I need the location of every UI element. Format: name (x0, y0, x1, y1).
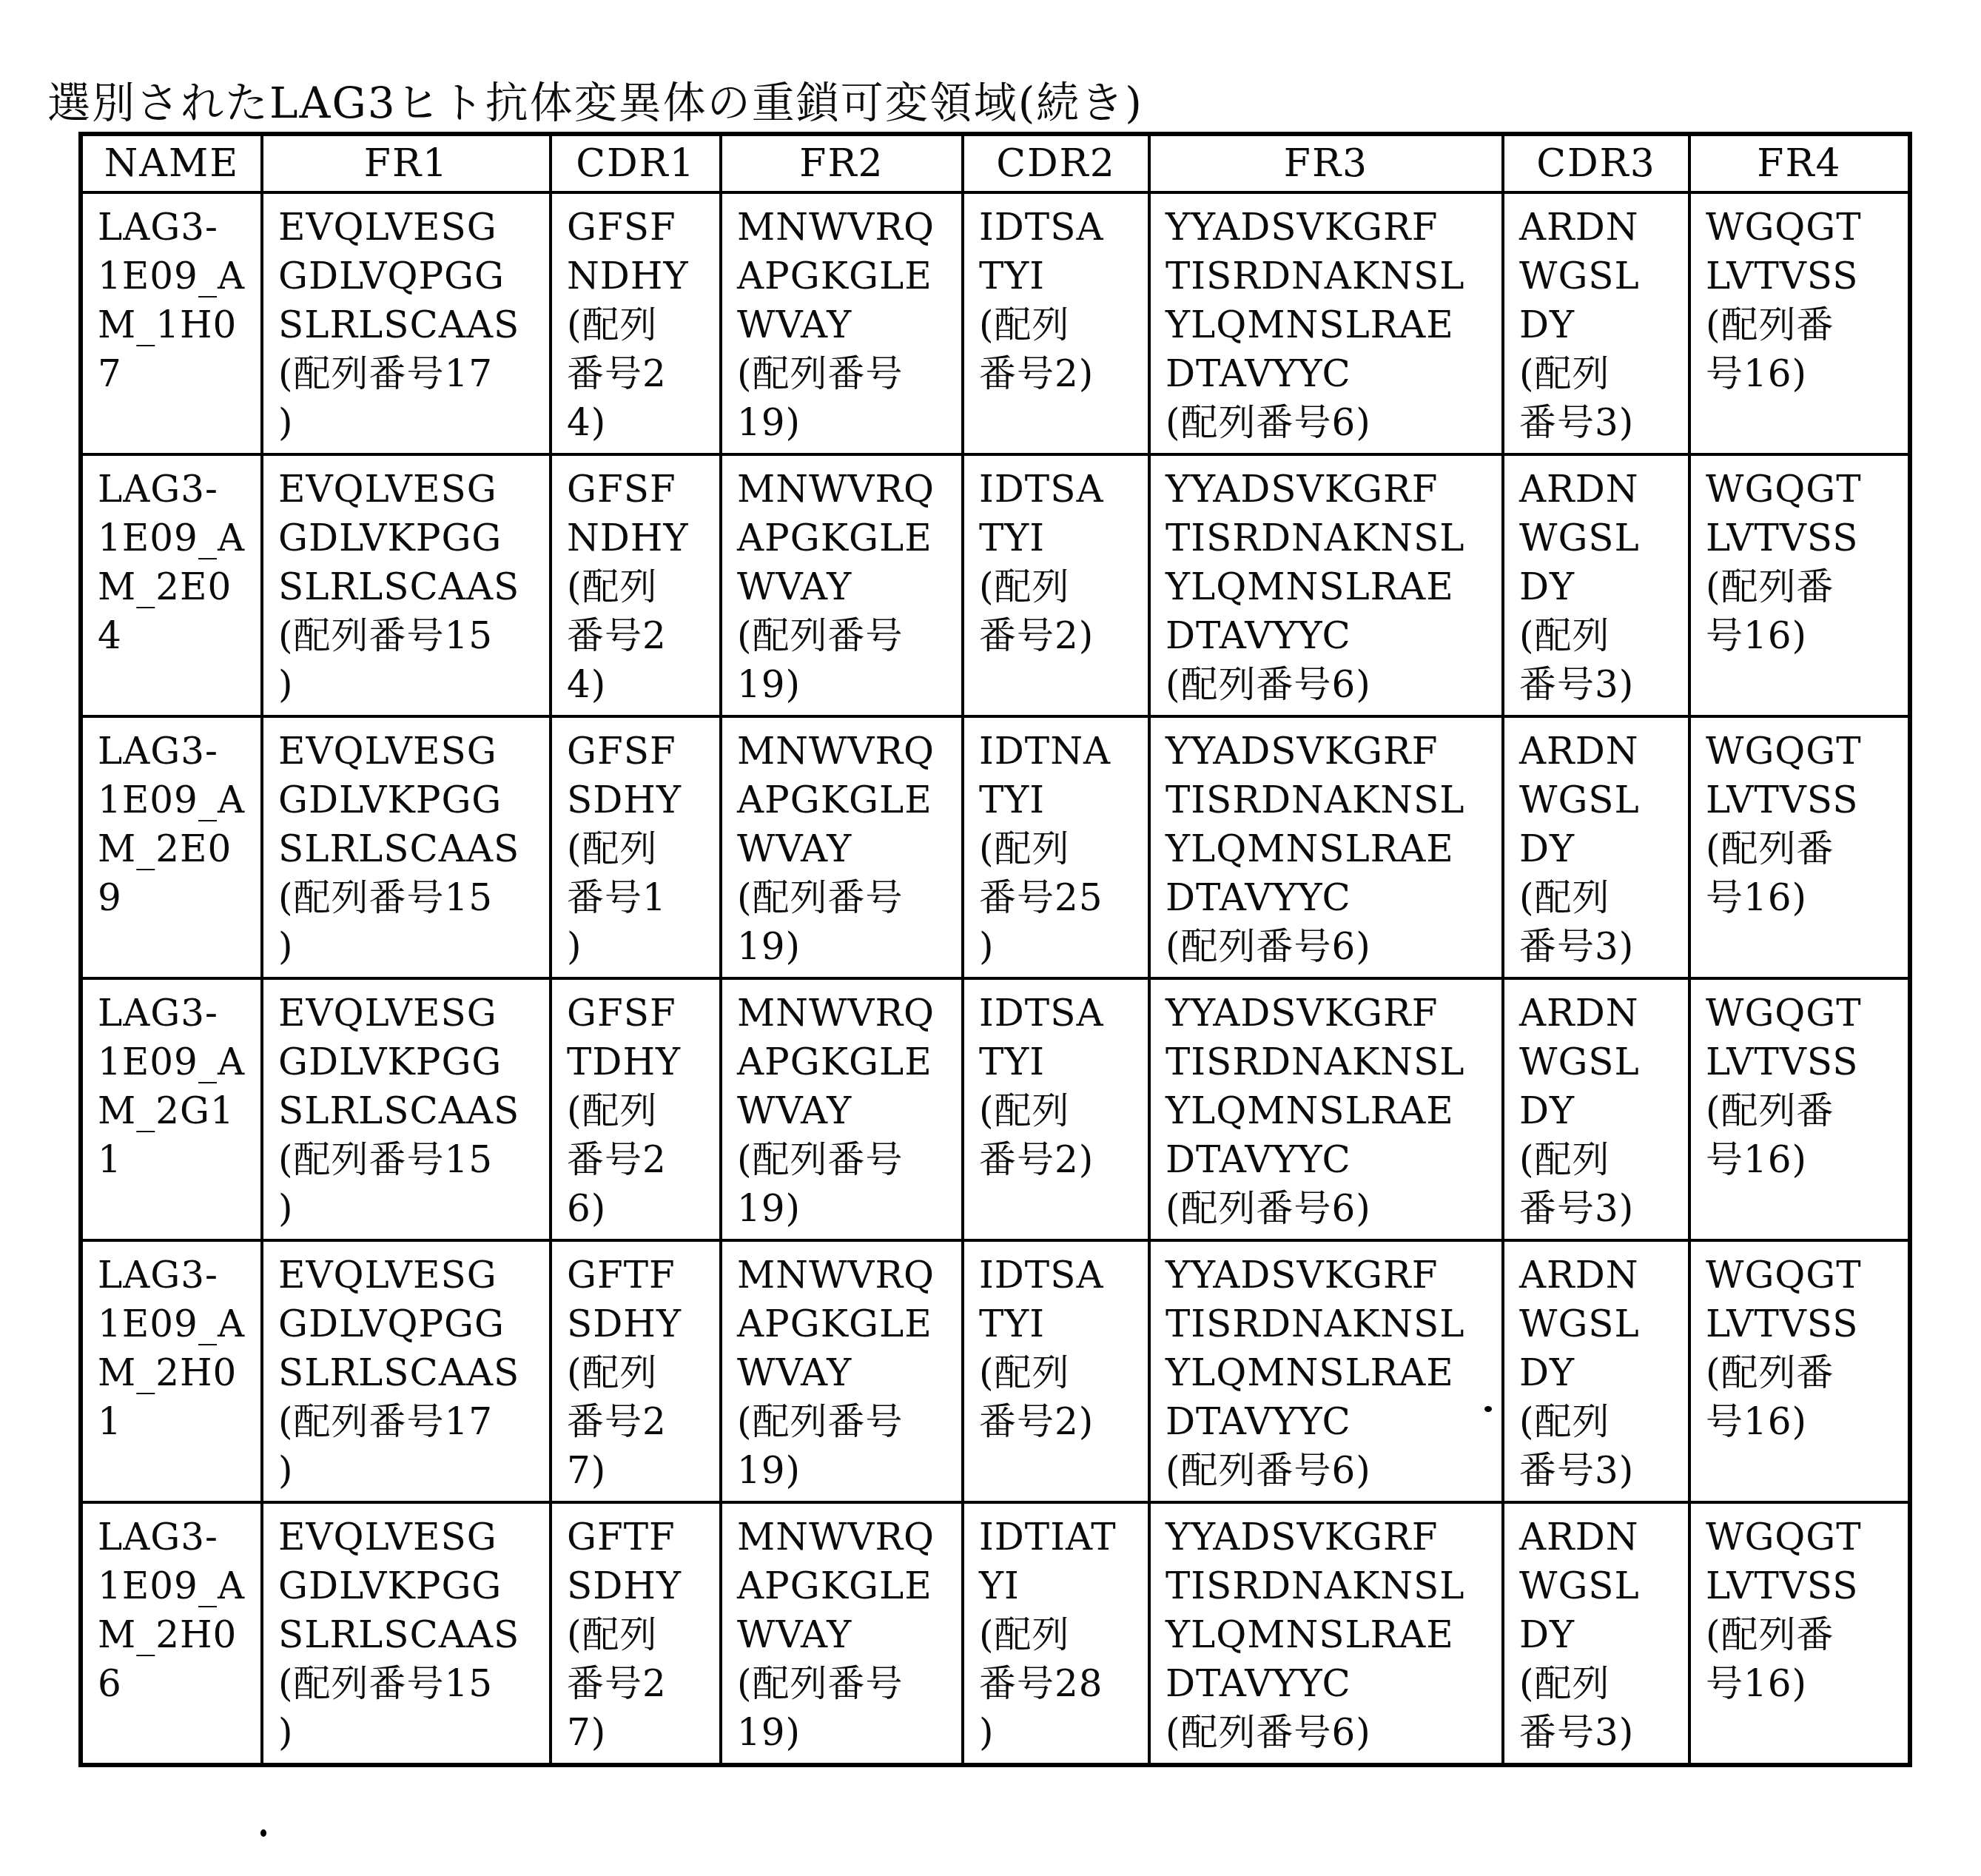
cell-fr4: WGQGT LVTVSS (配列番 号16) (1689, 978, 1910, 1240)
cell-fr3: YYADSVKGRF TISRDNAKNSL YLQMNSLRAE DTAVYY… (1149, 1240, 1503, 1502)
cell-fr3: YYADSVKGRF TISRDNAKNSL YLQMNSLRAE DTAVYY… (1149, 192, 1503, 454)
cell-cdr2: IDTSA TYI (配列 番号2) (963, 454, 1149, 716)
table-row: LAG3- 1E09_A M_1H0 7 EVQLVESG GDLVQPGG S… (81, 192, 1910, 454)
cell-fr1: EVQLVESG GDLVKPGG SLRLSCAAS (配列番号15 ) (262, 1502, 551, 1765)
cell-fr1: EVQLVESG GDLVQPGG SLRLSCAAS (配列番号17 ) (262, 1240, 551, 1502)
column-header-fr2: FR2 (721, 134, 963, 192)
table-row: LAG3- 1E09_A M_2H0 6 EVQLVESG GDLVKPGG S… (81, 1502, 1910, 1765)
cell-cdr1: GFSF NDHY (配列 番号2 4) (551, 454, 721, 716)
cell-cdr2: IDTSA TYI (配列 番号2) (963, 192, 1149, 454)
cell-cdr3: ARDN WGSL DY (配列 番号3) (1503, 1502, 1689, 1765)
page-title: 選別されたLAG3ヒト抗体変異体の重鎖可変領域(続き) (47, 68, 1143, 130)
cell-fr1: EVQLVESG GDLVKPGG SLRLSCAAS (配列番号15 ) (262, 454, 551, 716)
cell-fr2: MNWVRQ APGKGLE WVAY (配列番号 19) (721, 454, 963, 716)
column-header-name: NAME (81, 134, 262, 192)
column-header-cdr3: CDR3 (1503, 134, 1689, 192)
cell-fr4: WGQGT LVTVSS (配列番 号16) (1689, 1502, 1910, 1765)
cell-fr2: MNWVRQ APGKGLE WVAY (配列番号 19) (721, 1502, 963, 1765)
cell-fr2: MNWVRQ APGKGLE WVAY (配列番号 19) (721, 716, 963, 978)
table-row: LAG3- 1E09_A M_2G1 1 EVQLVESG GDLVKPGG S… (81, 978, 1910, 1240)
cell-cdr2: IDTSA TYI (配列 番号2) (963, 1240, 1149, 1502)
cell-fr1: EVQLVESG GDLVKPGG SLRLSCAAS (配列番号15 ) (262, 716, 551, 978)
cell-cdr3: ARDN WGSL DY (配列 番号3) (1503, 454, 1689, 716)
scan-artifact-dot (260, 1829, 266, 1837)
cell-cdr2: IDTNA TYI (配列 番号25 ) (963, 716, 1149, 978)
table-row: LAG3- 1E09_A M_2H0 1 EVQLVESG GDLVQPGG S… (81, 1240, 1910, 1502)
cell-cdr1: GFTF SDHY (配列 番号2 7) (551, 1240, 721, 1502)
cell-fr3: YYADSVKGRF TISRDNAKNSL YLQMNSLRAE DTAVYY… (1149, 716, 1503, 978)
cell-cdr2: IDTSA TYI (配列 番号2) (963, 978, 1149, 1240)
cell-name: LAG3- 1E09_A M_2H0 6 (81, 1502, 262, 1765)
cell-cdr1: GFSF TDHY (配列 番号2 6) (551, 978, 721, 1240)
cell-fr4: WGQGT LVTVSS (配列番 号16) (1689, 454, 1910, 716)
cell-fr2: MNWVRQ APGKGLE WVAY (配列番号 19) (721, 1240, 963, 1502)
cell-fr3: YYADSVKGRF TISRDNAKNSL YLQMNSLRAE DTAVYY… (1149, 1502, 1503, 1765)
column-header-cdr2: CDR2 (963, 134, 1149, 192)
cell-cdr3: ARDN WGSL DY (配列 番号3) (1503, 1240, 1689, 1502)
column-header-fr3: FR3 (1149, 134, 1503, 192)
cell-fr1: EVQLVESG GDLVQPGG SLRLSCAAS (配列番号17 ) (262, 192, 551, 454)
cell-cdr1: GFTF SDHY (配列 番号2 7) (551, 1502, 721, 1765)
cell-cdr3: ARDN WGSL DY (配列 番号3) (1503, 192, 1689, 454)
column-header-fr4: FR4 (1689, 134, 1910, 192)
cell-name: LAG3- 1E09_A M_2G1 1 (81, 978, 262, 1240)
cell-fr3: YYADSVKGRF TISRDNAKNSL YLQMNSLRAE DTAVYY… (1149, 978, 1503, 1240)
column-header-cdr1: CDR1 (551, 134, 721, 192)
table-header-row: NAME FR1 CDR1 FR2 CDR2 FR3 CDR3 FR4 (81, 134, 1910, 192)
cell-fr2: MNWVRQ APGKGLE WVAY (配列番号 19) (721, 978, 963, 1240)
antibody-sequence-table: NAME FR1 CDR1 FR2 CDR2 FR3 CDR3 FR4 LAG3… (78, 132, 1912, 1767)
cell-cdr2: IDTIAT YI (配列 番号28 ) (963, 1502, 1149, 1765)
column-header-fr1: FR1 (262, 134, 551, 192)
cell-name: LAG3- 1E09_A M_2E0 9 (81, 716, 262, 978)
scan-artifact-dot (1484, 1406, 1492, 1412)
cell-fr4: WGQGT LVTVSS (配列番 号16) (1689, 192, 1910, 454)
cell-name: LAG3- 1E09_A M_2H0 1 (81, 1240, 262, 1502)
cell-cdr3: ARDN WGSL DY (配列 番号3) (1503, 716, 1689, 978)
table-row: LAG3- 1E09_A M_2E0 9 EVQLVESG GDLVKPGG S… (81, 716, 1910, 978)
cell-cdr3: ARDN WGSL DY (配列 番号3) (1503, 978, 1689, 1240)
table-row: LAG3- 1E09_A M_2E0 4 EVQLVESG GDLVKPGG S… (81, 454, 1910, 716)
cell-fr4: WGQGT LVTVSS (配列番 号16) (1689, 716, 1910, 978)
cell-name: LAG3- 1E09_A M_1H0 7 (81, 192, 262, 454)
cell-fr2: MNWVRQ APGKGLE WVAY (配列番号 19) (721, 192, 963, 454)
cell-cdr1: GFSF NDHY (配列 番号2 4) (551, 192, 721, 454)
cell-fr1: EVQLVESG GDLVKPGG SLRLSCAAS (配列番号15 ) (262, 978, 551, 1240)
cell-name: LAG3- 1E09_A M_2E0 4 (81, 454, 262, 716)
cell-cdr1: GFSF SDHY (配列 番号1 ) (551, 716, 721, 978)
cell-fr3: YYADSVKGRF TISRDNAKNSL YLQMNSLRAE DTAVYY… (1149, 454, 1503, 716)
cell-fr4: WGQGT LVTVSS (配列番 号16) (1689, 1240, 1910, 1502)
